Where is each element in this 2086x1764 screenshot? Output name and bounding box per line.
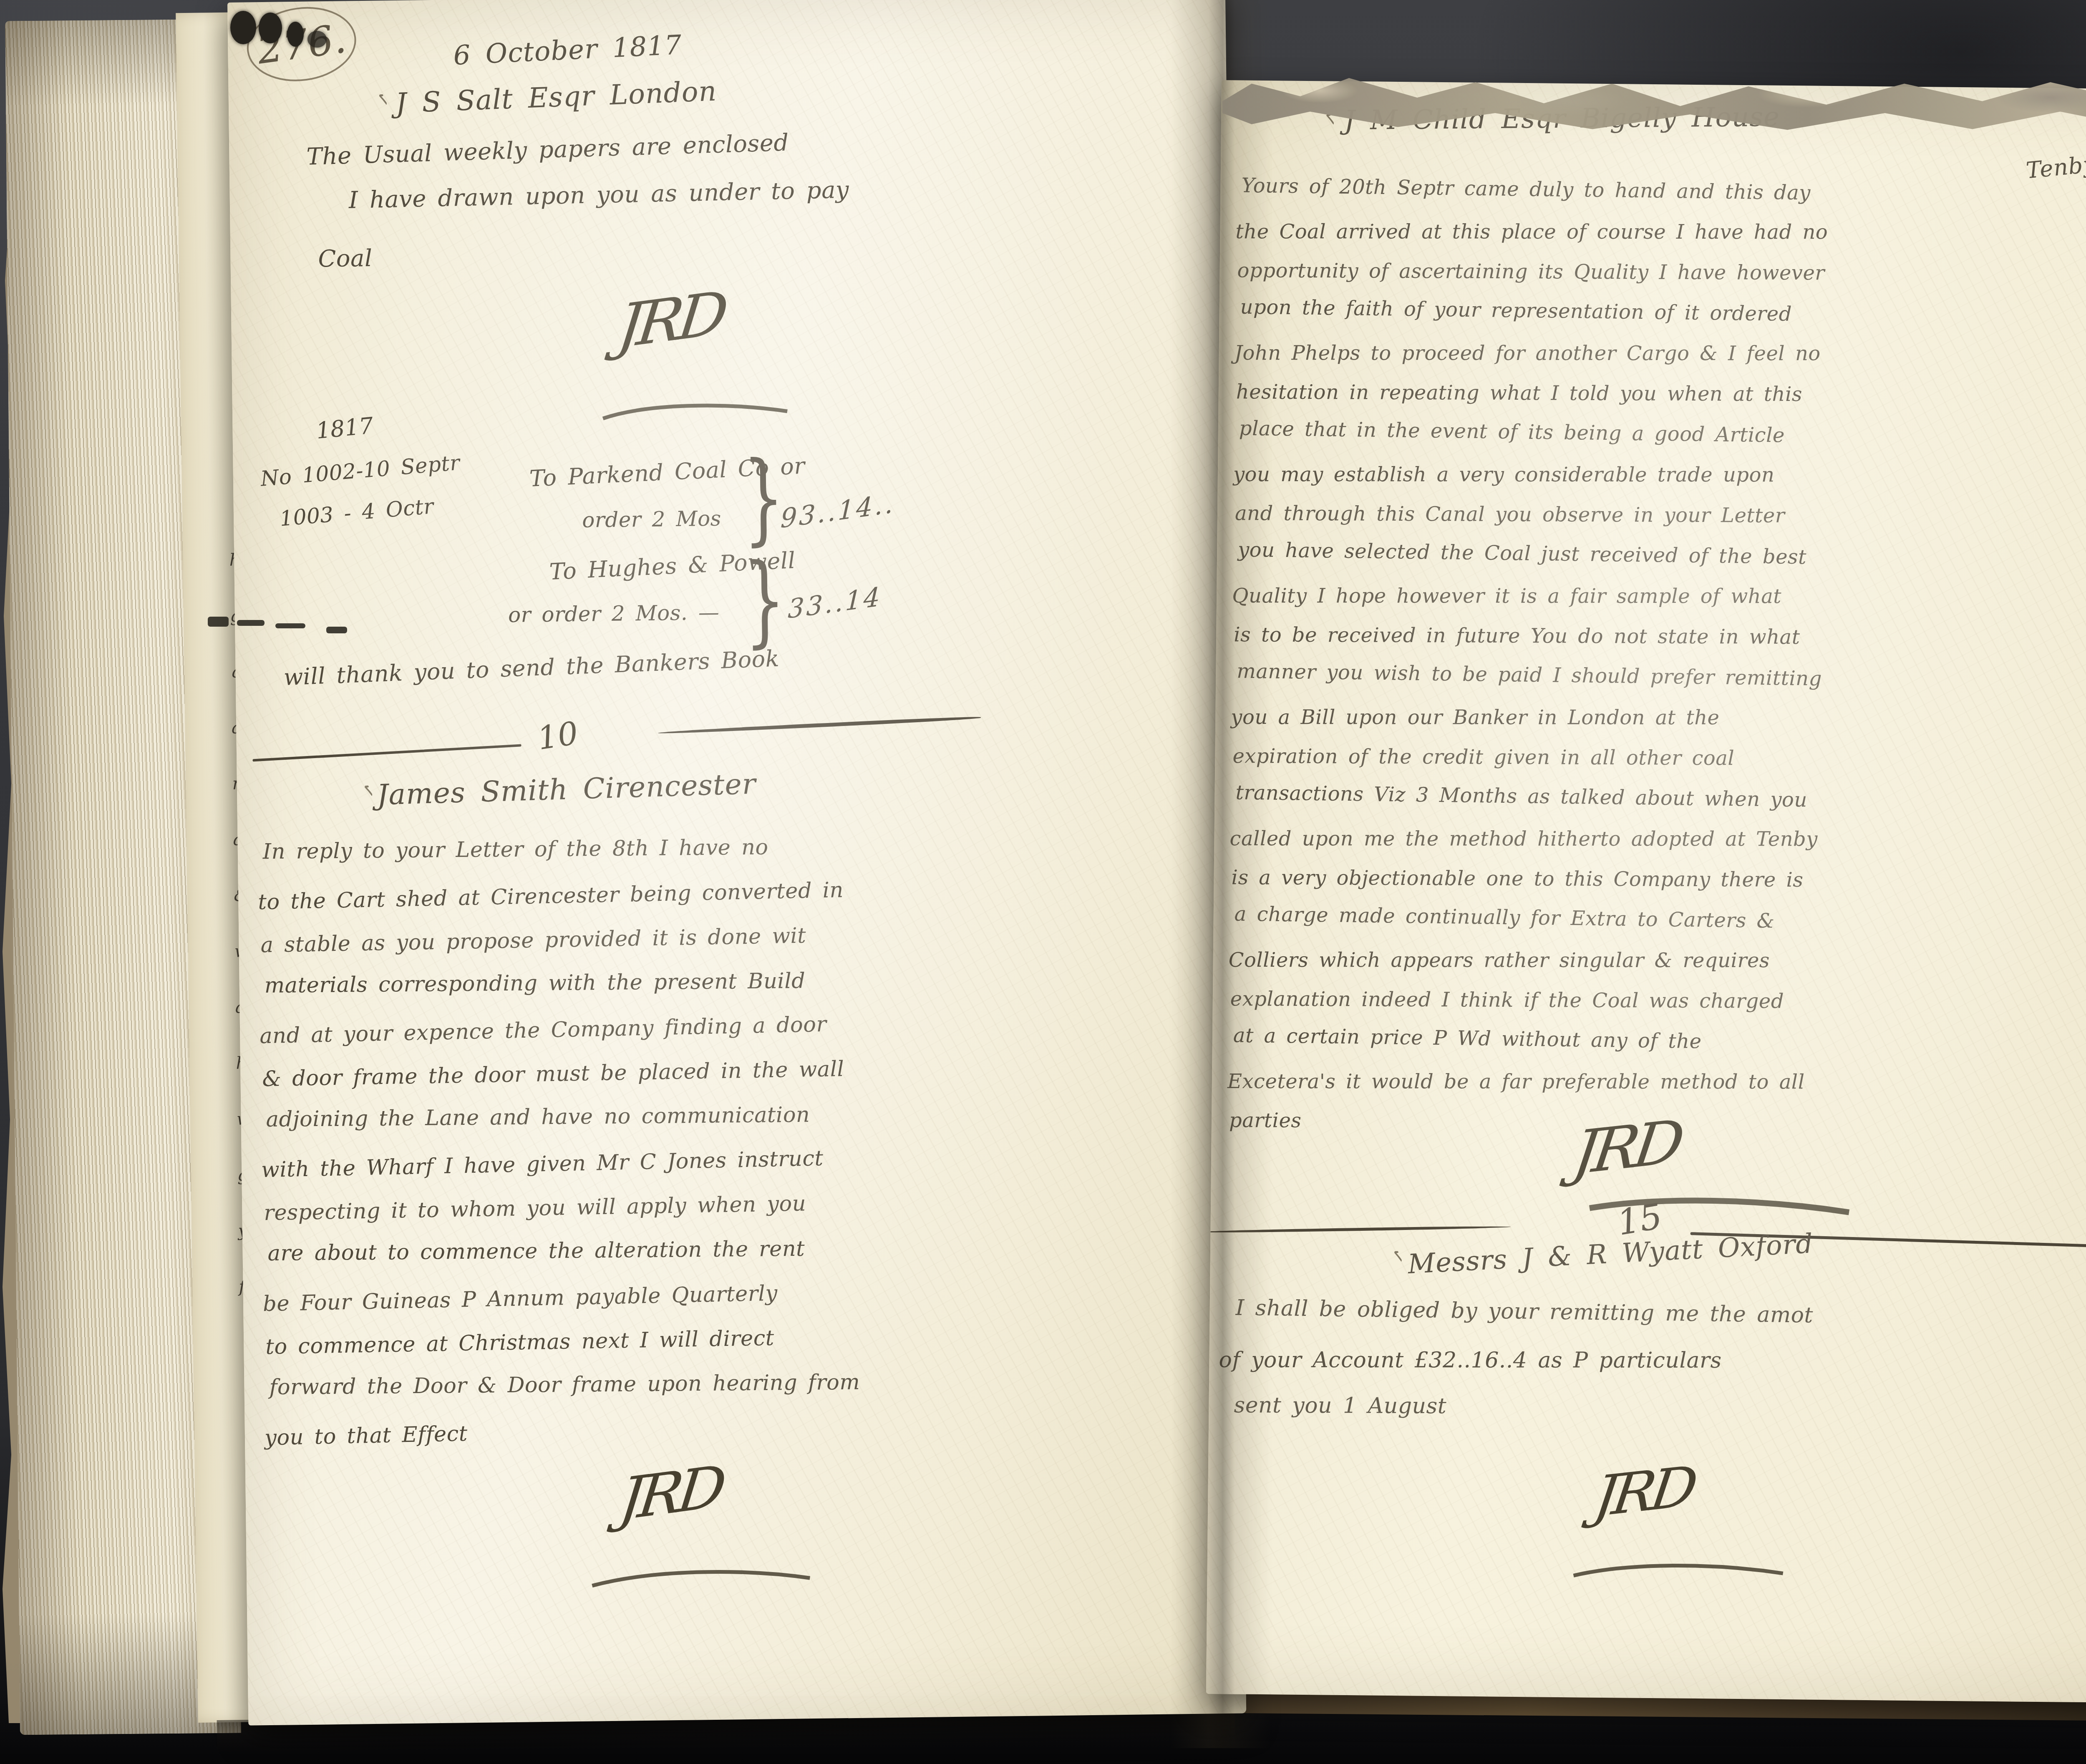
left-page: 276. 6 October 1817 ✓ J S Salt Esqr Lond… <box>227 0 1246 1726</box>
letter-number: 10 <box>535 714 580 757</box>
right-page: ✓ J M Child Esqr Bigelly House Tenby You… <box>1206 80 2086 1703</box>
letter-line: you may establish a very considerable tr… <box>1233 454 2086 496</box>
letter-line: Yours of 20th Septr came duly to hand an… <box>1241 166 2086 218</box>
jrd-signature: JRD <box>614 278 726 362</box>
letter-line: sent you 1 August <box>1234 1382 2086 1433</box>
letter-body: I shall be obliged by your remitting me … <box>1234 1286 2086 1435</box>
ink-mark <box>275 623 305 628</box>
signature-flourish <box>589 1562 814 1592</box>
jrd-signature: JRD <box>1590 1454 1696 1530</box>
letter-line: The Usual weekly papers are enclosed <box>306 129 789 171</box>
letter-date: 6 October 1817 <box>453 30 683 71</box>
ink-blot <box>307 31 327 48</box>
ink-blot <box>287 22 304 47</box>
letter-line: transactions Viz 3 Months as talked abou… <box>1235 773 2086 825</box>
letter-line: at a certain price P Wd without any of t… <box>1233 1016 2086 1068</box>
amount-value: 93..14.. <box>780 488 896 534</box>
addressee-james-smith: James Smith Cirencester <box>376 768 756 812</box>
letter-line: will thank you to send the Bankers Book <box>283 645 780 690</box>
divider-line <box>1206 1225 1511 1233</box>
draft-ref: No 1002-10 Septr <box>259 451 461 491</box>
ink-blot <box>230 11 256 44</box>
ink-mark <box>237 620 265 626</box>
brace-icon: } <box>744 551 786 650</box>
brace-icon: } <box>743 449 785 548</box>
page-number-277: 277. <box>2084 10 2086 96</box>
signature-flourish <box>1570 1556 1787 1583</box>
payee-terms: order 2 Mos <box>582 507 721 532</box>
jrd-signature: JRD <box>616 1453 725 1534</box>
ink-mark <box>326 627 347 633</box>
signature-flourish <box>600 396 792 424</box>
letter-line: you a Bill upon our Banker in London at … <box>1231 697 2086 738</box>
letter-line: the Coal arrived at this place of course… <box>1236 212 2086 253</box>
ink-mark <box>208 617 229 627</box>
letter-line: place that in the event of its being a g… <box>1239 408 2086 461</box>
letter-book-photo: hgqaman&wadhwigyf 276. 6 October 1817 ✓ … <box>0 0 2086 1764</box>
letter-line: Excetera's it would be a far preferable … <box>1227 1061 2086 1103</box>
page-number-276: 276. <box>242 0 361 88</box>
letter-line: I have drawn upon you as under to pay <box>348 176 849 214</box>
letter-line: John Phelps to proceed for another Cargo… <box>1234 333 2086 374</box>
letter-line: called upon me the method hitherto adopt… <box>1230 819 2086 860</box>
letter-line: Quality I hope however it is a fair samp… <box>1232 576 2086 617</box>
letter-line: Coal <box>318 245 373 273</box>
letter-line: you have selected the Coal just received… <box>1238 530 2086 582</box>
check-tick-icon: ✓ <box>1386 1246 1410 1266</box>
ink-blot <box>259 13 282 43</box>
letter-body: Yours of 20th Septr came duly to hand an… <box>1229 167 2086 1147</box>
letter-line: a charge made continually for Extra to C… <box>1234 894 2086 947</box>
letter-body: In reply to your Letter of the 8th I hav… <box>259 819 1226 1456</box>
addressee-js-salt: J S Salt Esqr London <box>395 75 718 120</box>
amount-value: 33..14 <box>787 581 882 625</box>
divider-line <box>252 744 521 761</box>
letter-line: manner you wish to be paid I should pref… <box>1237 651 2086 704</box>
draft-ref: 1003 - 4 Octr <box>279 494 435 531</box>
letter-line: Colliers which appears rather singular &… <box>1229 940 2086 981</box>
check-tick-icon: ✓ <box>371 90 394 109</box>
letter-line: I shall be obliged by your remitting me … <box>1235 1285 2086 1343</box>
addressee-wyatt: Messrs J & R Wyatt Oxford <box>1407 1228 1814 1280</box>
jrd-signature: JRD <box>1569 1107 1683 1188</box>
payee-terms: or order 2 Mos. — <box>508 600 720 627</box>
letter-line: of your Account £32..16..4 as P particul… <box>1219 1337 2086 1384</box>
divider-line <box>658 716 981 735</box>
letter-line: upon the faith of your representation of… <box>1240 287 2086 340</box>
account-year: 1817 <box>315 412 375 444</box>
